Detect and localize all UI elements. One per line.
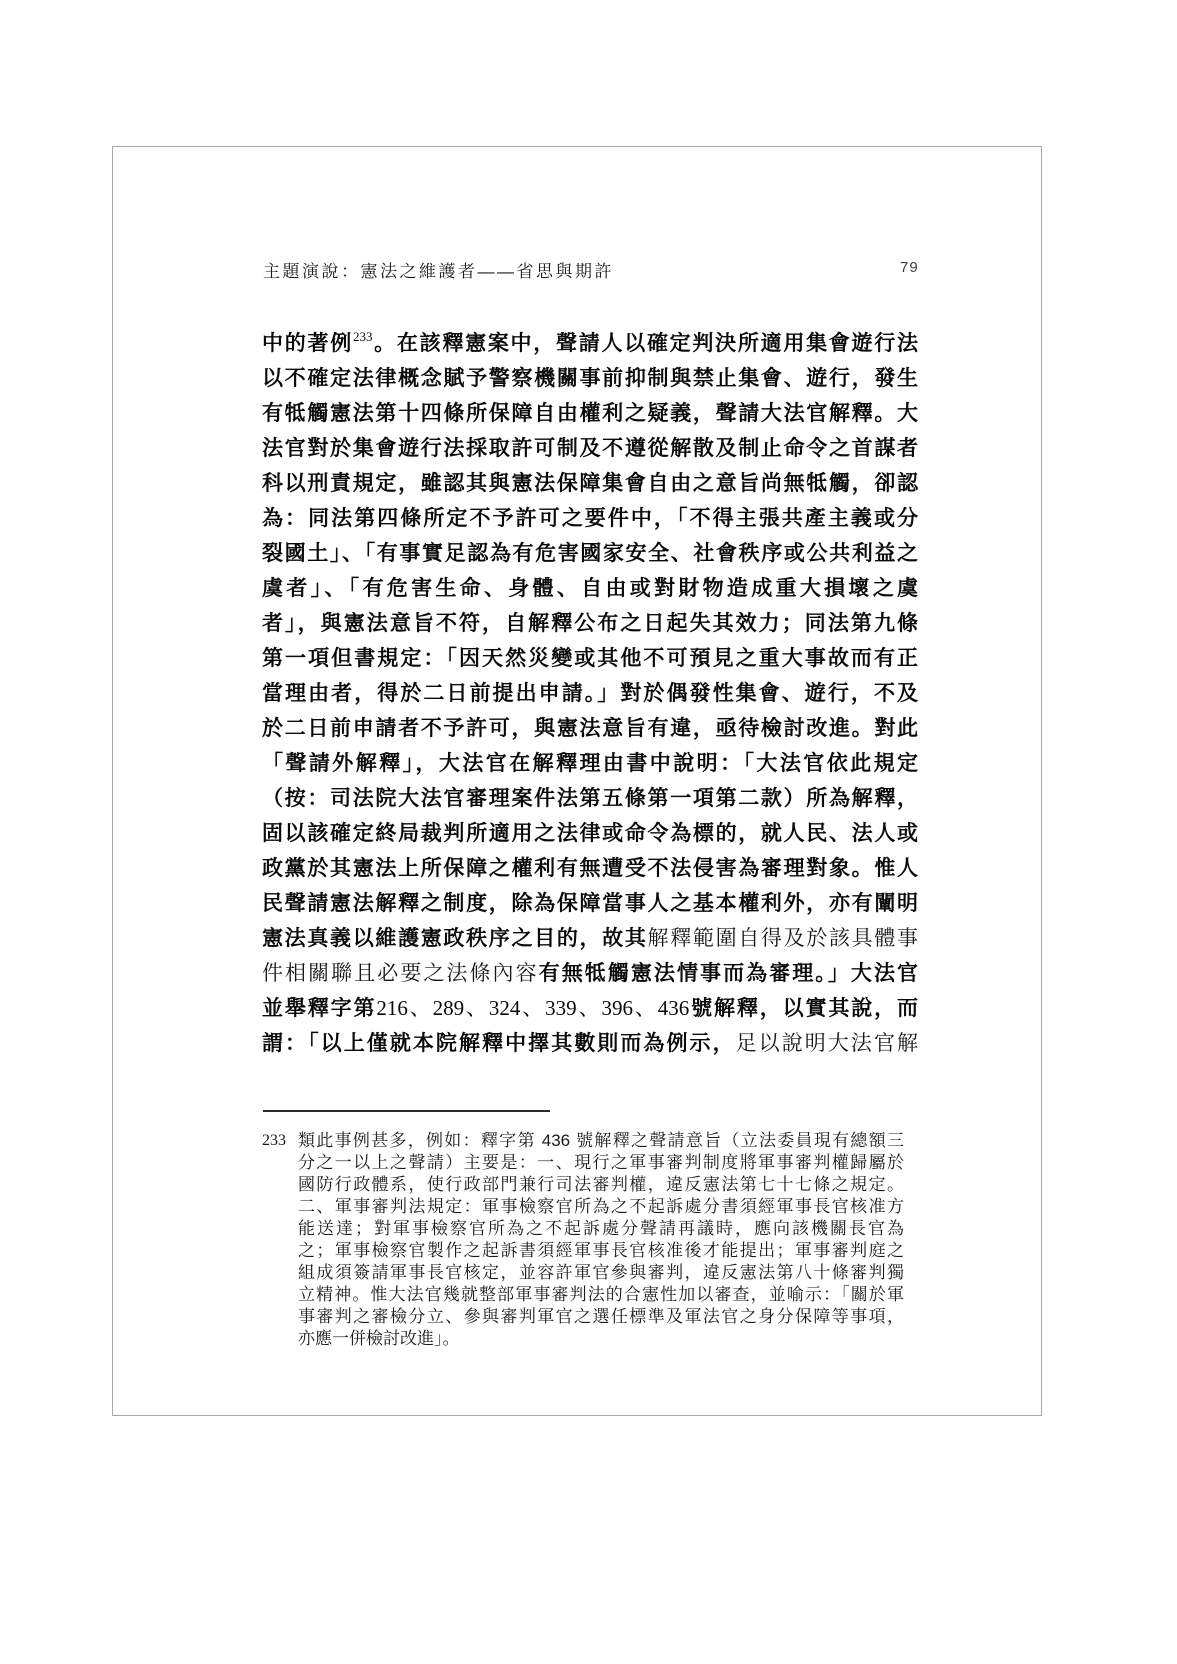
footnote-reference-marker: 233 bbox=[353, 329, 373, 344]
text-segment: 中的著例 bbox=[262, 332, 353, 355]
text-segment: 足以說明大法官解 bbox=[736, 1031, 918, 1055]
footnote-line: 事審判之審檢分立、參與審判軍官之選任標準及軍法官之身分保障等事項， bbox=[298, 1306, 904, 1328]
footnote-line: 能送達；對軍事檢察官所為之不起訴處分聲請再議時，應向該機關長官為 bbox=[298, 1218, 904, 1240]
body-line: 以不確定法律概念賦予警察機關事前抑制與禁止集會、遊行，發生 bbox=[262, 361, 918, 396]
body-line: （按：司法院大法官審理案件法第五條第一項第二款）所為解釋， bbox=[262, 781, 918, 816]
footnote-line: 亦應一併檢討改進」。 bbox=[298, 1328, 904, 1350]
text-segment: 民聲請憲法解釋之制度，除為保障當事人之基本權利外，亦有闡明 bbox=[262, 892, 918, 915]
body-line: 法官對於集會遊行法採取許可制及不遵從解散及制止命令之首謀者 bbox=[262, 431, 918, 466]
footnote-number: 233 bbox=[262, 1130, 286, 1152]
body-line: 憲法真義以維護憲政秩序之目的，故其解釋範圍自得及於該具體事 bbox=[262, 921, 918, 956]
text-segment: 號解釋，以實其說，而 bbox=[689, 997, 918, 1020]
body-line: 第一項但書規定：「因天然災變或其他不可預見之重大事故而有正 bbox=[262, 641, 918, 676]
footnote-line: 之；軍事檢察官製作之起訴書須經軍事長官核准後才能提出；軍事審判庭之 bbox=[298, 1240, 904, 1262]
text-segment: 者」，與憲法意旨不符，自解釋公布之日起失其效力；同法第九條 bbox=[262, 612, 918, 635]
body-line: 當理由者，得於二日前提出申請。」對於偶發性集會、遊行，不及 bbox=[262, 676, 918, 711]
text-segment: 「聲請外解釋」，大法官在解釋理由書中說明：「大法官依此規定 bbox=[262, 752, 918, 775]
text-segment: 當理由者，得於二日前提出申請。」對於偶發性集會、遊行，不及 bbox=[262, 682, 918, 705]
footnote-separator bbox=[263, 1110, 550, 1112]
body-line: 「聲請外解釋」，大法官在解釋理由書中說明：「大法官依此規定 bbox=[262, 746, 918, 781]
footnote-lines: 類此事例甚多，例如：釋字第 436 號解釋之聲請意旨（立法委員現有總額三分之一以… bbox=[298, 1130, 904, 1350]
footnote-line: 組成須簽請軍事長官核定，並容許軍官參與審判，違反憲法第八十條審判獨 bbox=[298, 1262, 904, 1284]
body-text: 中的著例233。在該釋憲案中，聲請人以確定判決所適用集會遊行法以不確定法律概念賦… bbox=[262, 326, 918, 1061]
page-number: 79 bbox=[900, 259, 919, 276]
footnote-line: 類此事例甚多，例如：釋字第 436 號解釋之聲請意旨（立法委員現有總額三 bbox=[298, 1130, 904, 1152]
body-line: 謂：「以上僅就本院解釋中擇其數則而為例示，足以說明大法官解 bbox=[262, 1026, 918, 1061]
text-segment: 件相關聯且必要之法條內容 bbox=[262, 961, 539, 985]
footnote-line: 立精神。惟大法官幾就整部軍事審判法的合憲性加以審查，並喻示：「關於軍 bbox=[298, 1284, 904, 1306]
body-line: 者」，與憲法意旨不符，自解釋公布之日起失其效力；同法第九條 bbox=[262, 606, 918, 641]
text-segment: 。在該釋憲案中，聲請人以確定判決所適用集會遊行法 bbox=[372, 332, 918, 355]
body-line: 中的著例233。在該釋憲案中，聲請人以確定判決所適用集會遊行法 bbox=[262, 326, 918, 361]
body-line: 固以該確定終局裁判所適用之法律或命令為標的，就人民、法人或 bbox=[262, 816, 918, 851]
body-line: 民聲請憲法解釋之制度，除為保障當事人之基本權利外，亦有闡明 bbox=[262, 886, 918, 921]
text-segment: 法官對於集會遊行法採取許可制及不遵從解散及制止命令之首謀者 bbox=[262, 437, 918, 460]
text-segment: 解釋範圍自得及於該具體事 bbox=[648, 926, 918, 950]
footnote-line: 國防行政體系，使行政部門兼行司法審判權，違反憲法第七十七條之規定。 bbox=[298, 1174, 904, 1196]
body-line: 為：同法第四條所定不予許可之要件中，「不得主張共產主義或分 bbox=[262, 501, 918, 536]
footnote-line: 分之一以上之聲請）主要是：一、現行之軍事審判制度將軍事審判權歸屬於 bbox=[298, 1152, 904, 1174]
body-line: 於二日前申請者不予許可，與憲法意旨有違，亟待檢討改進。對此 bbox=[262, 711, 918, 746]
body-line: 政黨於其憲法上所保障之權利有無遭受不法侵害為審理對象。惟人 bbox=[262, 851, 918, 886]
text-segment: 有牴觸憲法第十四條所保障自由權利之疑義，聲請大法官解釋。大 bbox=[262, 402, 918, 425]
body-line: 裂國土」、「有事實足認為有危害國家安全、社會秩序或公共利益之 bbox=[262, 536, 918, 571]
footnote-line: 二、軍事審判法規定：軍事檢察官所為之不起訴處分書須經軍事長官核准方 bbox=[298, 1196, 904, 1218]
text-segment: 憲法真義以維護憲政秩序之目的，故其 bbox=[262, 927, 648, 950]
body-line: 件相關聯且必要之法條內容有無牴觸憲法情事而為審理。」大法官 bbox=[262, 956, 918, 991]
text-segment: 固以該確定終局裁判所適用之法律或命令為標的，就人民、法人或 bbox=[262, 822, 918, 845]
text-segment: （按：司法院大法官審理案件法第五條第一項第二款）所為解釋， bbox=[262, 787, 918, 810]
text-segment: 政黨於其憲法上所保障之權利有無遭受不法侵害為審理對象。惟人 bbox=[262, 857, 918, 880]
text-segment: 並舉釋字第 bbox=[262, 997, 376, 1020]
text-segment: 有無牴觸憲法情事而為審理。」大法官 bbox=[539, 962, 918, 985]
body-line: 並舉釋字第216、289、324、339、396、436號解釋，以實其說，而 bbox=[262, 991, 918, 1026]
text-segment: 裂國土」、「有事實足認為有危害國家安全、社會秩序或公共利益之 bbox=[262, 542, 918, 565]
text-segment: 216、289、324、339、396、436 bbox=[376, 996, 689, 1020]
body-line: 有牴觸憲法第十四條所保障自由權利之疑義，聲請大法官解釋。大 bbox=[262, 396, 918, 431]
text-segment: 於二日前申請者不予許可，與憲法意旨有違，亟待檢討改進。對此 bbox=[262, 717, 918, 740]
text-segment: 科以刑責規定，雖認其與憲法保障集會自由之意旨尚無牴觸，卻認 bbox=[262, 472, 918, 495]
document-page: 主題演說：憲法之維護者——省思與期許 79 中的著例233。在該釋憲案中，聲請人… bbox=[0, 0, 1177, 1664]
text-segment: 為：同法第四條所定不予許可之要件中，「不得主張共產主義或分 bbox=[262, 507, 918, 530]
text-segment: 虞者」、「有危害生命、身體、自由或對財物造成重大損壞之虞 bbox=[262, 577, 918, 600]
text-segment: 謂：「以上僅就本院解釋中擇其數則而為例示， bbox=[262, 1032, 736, 1055]
body-line: 科以刑責規定，雖認其與憲法保障集會自由之意旨尚無牴觸，卻認 bbox=[262, 466, 918, 501]
text-segment: 以不確定法律概念賦予警察機關事前抑制與禁止集會、遊行，發生 bbox=[262, 367, 918, 390]
text-segment: 第一項但書規定：「因天然災變或其他不可預見之重大事故而有正 bbox=[262, 647, 918, 670]
running-header: 主題演說：憲法之維護者——省思與期許 bbox=[263, 257, 614, 282]
body-line: 虞者」、「有危害生命、身體、自由或對財物造成重大損壞之虞 bbox=[262, 571, 918, 606]
